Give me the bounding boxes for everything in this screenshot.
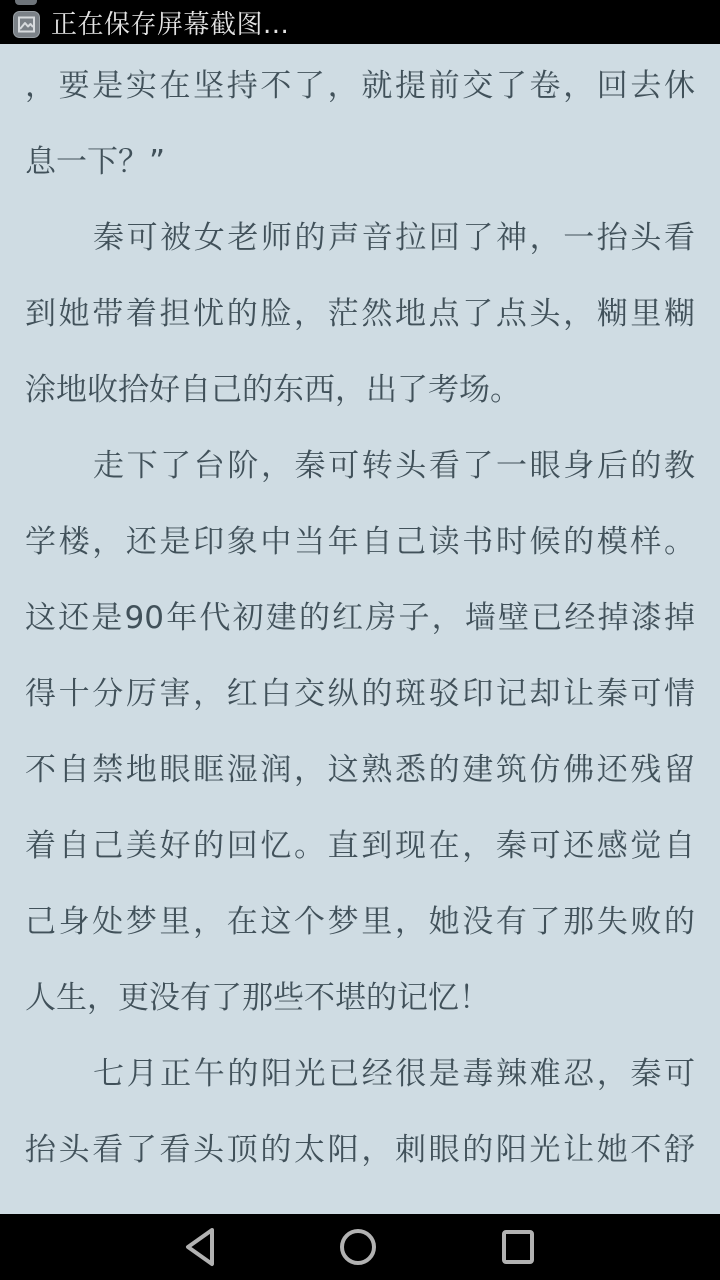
recents-button[interactable] bbox=[458, 1214, 578, 1280]
text-line: 不自禁地眼眶湿润，这熟悉的建筑仿佛还残留 bbox=[25, 732, 695, 808]
ticker-clipped-icon bbox=[15, 0, 37, 5]
recents-square-icon bbox=[500, 1228, 536, 1266]
text-line: 到她带着担忧的脸，茫然地点了点头，糊里糊 bbox=[25, 276, 695, 352]
status-notification-text: 正在保存屏幕截图... bbox=[51, 4, 289, 41]
text-line: 人生，更没有了那些不堪的记忆！ bbox=[25, 960, 695, 1036]
text-line: 抬头看了看头顶的太阳，刺眼的阳光让她不舒 bbox=[25, 1112, 695, 1188]
screenshot-image-icon bbox=[13, 11, 40, 38]
reader-page[interactable]: ，要是实在坚持不了，就提前交了卷，回去休 息一下？” 秦可被女老师的声音拉回了神… bbox=[0, 44, 720, 1214]
text-line: 秦可被女老师的声音拉回了神，一抬头看 bbox=[25, 200, 695, 276]
phone-screen: 正在保存屏幕截图... ，要是实在坚持不了，就提前交了卷，回去休 息一下？” 秦… bbox=[0, 0, 720, 1280]
navigation-bar bbox=[0, 1214, 720, 1280]
text-line: 这还是90年代初建的红房子，墙壁已经掉漆掉 bbox=[25, 580, 695, 656]
text-line: 学楼，还是印象中当年自己读书时候的模样。 bbox=[25, 504, 695, 580]
text-line: 己身处梦里，在这个梦里，她没有了那失败的 bbox=[25, 884, 695, 960]
text-line: 着自己美好的回忆。直到现在，秦可还感觉自 bbox=[25, 808, 695, 884]
text-line: 得十分厉害，红白交纵的斑驳印记却让秦可情 bbox=[25, 656, 695, 732]
home-button[interactable] bbox=[298, 1214, 418, 1280]
text-line: 息一下？” bbox=[25, 124, 695, 200]
back-triangle-icon bbox=[180, 1226, 220, 1268]
home-circle-icon bbox=[338, 1227, 378, 1267]
text-line: 七月正午的阳光已经很是毒辣难忍，秦可 bbox=[25, 1036, 695, 1112]
text-line: ，要是实在坚持不了，就提前交了卷，回去休 bbox=[25, 48, 695, 124]
text-line: 走下了台阶，秦可转头看了一眼身后的教 bbox=[25, 428, 695, 504]
text-line: 涂地收拾好自己的东西，出了考场。 bbox=[25, 352, 695, 428]
back-button[interactable] bbox=[140, 1214, 260, 1280]
status-bar[interactable]: 正在保存屏幕截图... bbox=[0, 0, 720, 44]
